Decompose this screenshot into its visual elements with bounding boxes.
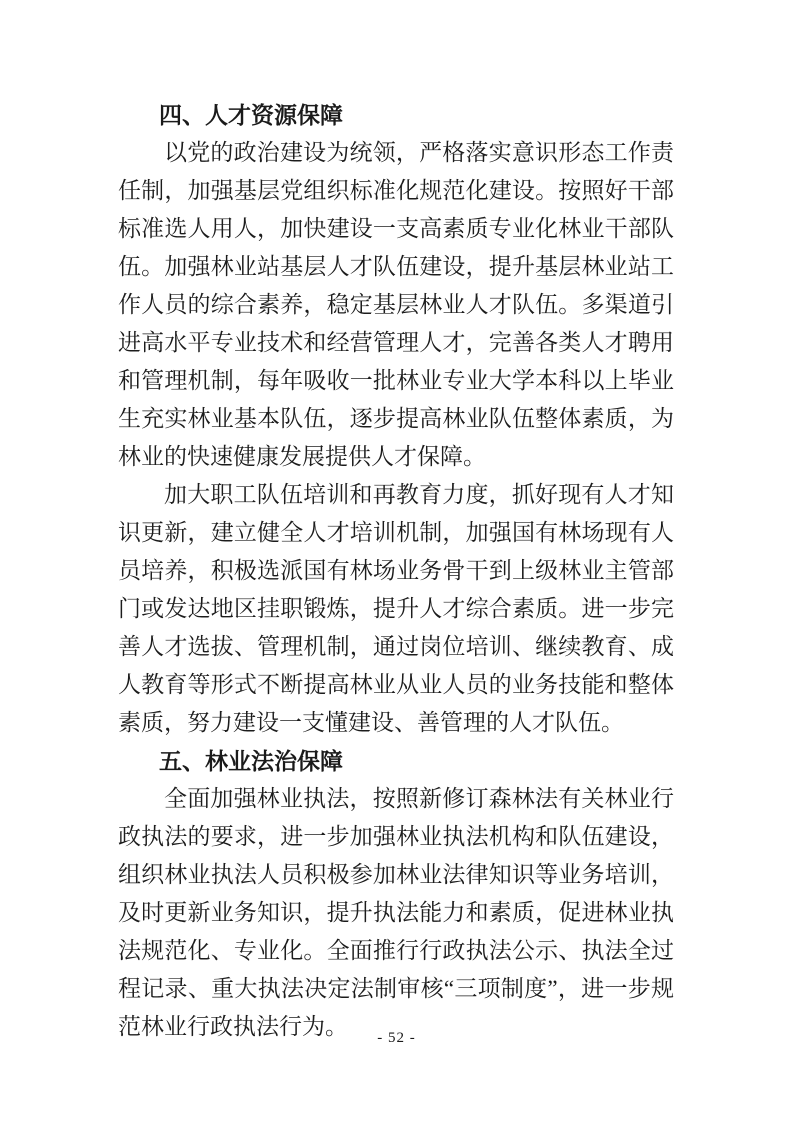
document-page: 四、人才资源保障 以党的政治建设为统领，严格落实意识形态工作责任制，加强基层党组…	[0, 0, 793, 1122]
paragraph-talent-2: 加大职工队伍培训和再教育力度，抓好现有人才知识更新，建立健全人才培训机制，加强国…	[118, 476, 674, 742]
paragraph-law-1: 全面加强林业执法，按照新修订森林法有关林业行政执法的要求，进一步加强林业执法机构…	[118, 780, 674, 1046]
section-heading-law: 五、林业法治保障	[118, 742, 674, 780]
paragraph-talent-1: 以党的政治建设为统领，严格落实意识形态工作责任制，加强基层党组织标准化规范化建设…	[118, 134, 674, 476]
page-number: - 52 -	[0, 1030, 793, 1047]
section-heading-talent: 四、人才资源保障	[118, 96, 674, 134]
document-body: 四、人才资源保障 以党的政治建设为统领，严格落实意识形态工作责任制，加强基层党组…	[118, 96, 674, 1046]
